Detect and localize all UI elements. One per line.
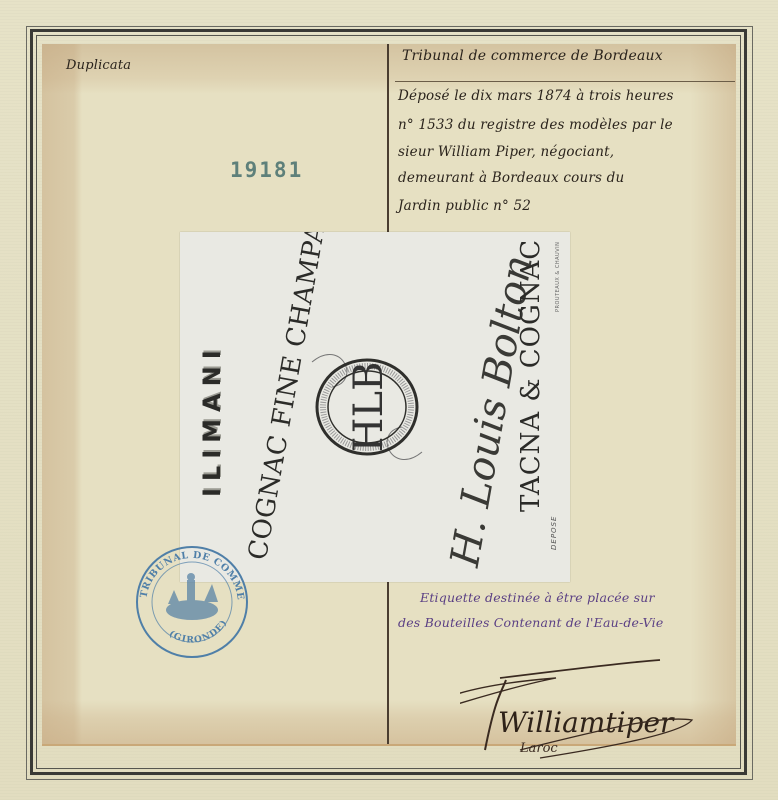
tribunal-header: Tribunal de commerce de Bordeaux bbox=[402, 48, 663, 64]
deposit-line: demeurant à Bordeaux cours du bbox=[398, 170, 624, 186]
signature-william-piper: Williamtiper Laroc bbox=[460, 640, 720, 780]
duplicata-note: Duplicata bbox=[66, 58, 131, 73]
stain-right bbox=[690, 44, 736, 744]
stain-left bbox=[42, 44, 82, 744]
label-depose-mark: DEPOSE bbox=[550, 516, 558, 550]
monogram-emblem-icon: HLB bbox=[302, 342, 432, 472]
annotation-line: des Bouteilles Contenant de l'Eau-de-Vie bbox=[398, 615, 663, 630]
label-printer-credit: PROUTEAUX & CHAUVIN bbox=[555, 242, 561, 312]
tribunal-seal-icon: TRIBUNAL DE COMMERCE DE BORDEAUX (GIROND… bbox=[132, 542, 252, 662]
cognac-label: ILIMANI COGNAC FINE CHAMPAGNE HLB H. Lou… bbox=[180, 232, 570, 582]
svg-text:Laroc: Laroc bbox=[519, 741, 558, 756]
svg-text:(GIRONDE): (GIRONDE) bbox=[167, 617, 230, 645]
header-rule bbox=[395, 81, 735, 82]
deposit-line: n° 1533 du registre des modèles par le bbox=[398, 117, 673, 133]
register-number-stamp: 19181 bbox=[230, 158, 303, 182]
deposit-line: sieur William Piper, négociant, bbox=[398, 144, 614, 160]
annotation-line: Etiquette destinée à être placée sur bbox=[420, 590, 655, 605]
label-place: TACNA & COGNAC bbox=[516, 239, 546, 512]
label-brand: ILIMANI bbox=[198, 343, 226, 497]
svg-text:HLB: HLB bbox=[346, 362, 392, 453]
deposit-line: Déposé le dix mars 1874 à trois heures bbox=[398, 88, 674, 104]
deposit-line: Jardin public n° 52 bbox=[398, 198, 531, 214]
